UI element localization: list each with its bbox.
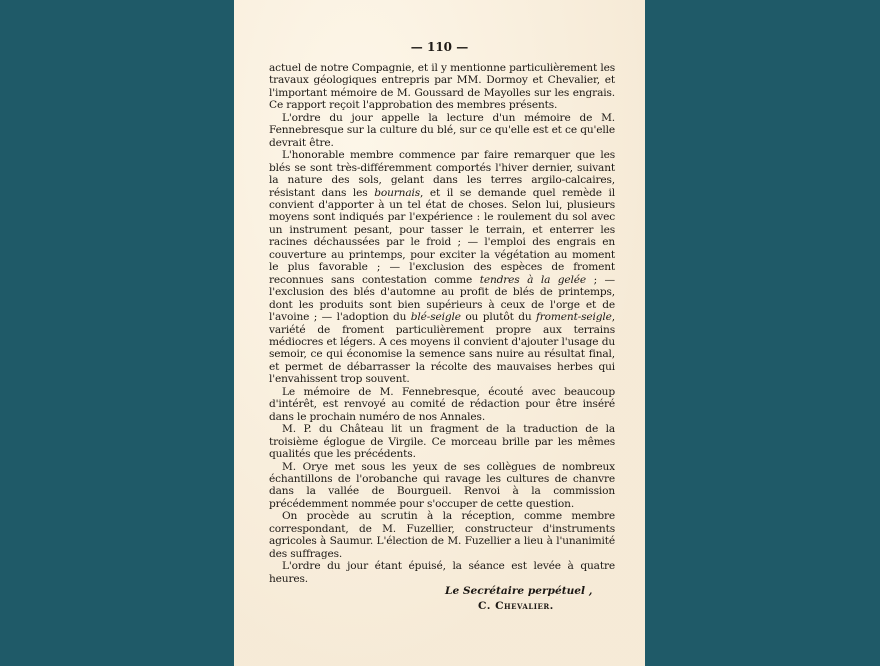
paragraph: actuel de notre Compagnie, et il y menti… [269, 62, 615, 112]
paragraph: Le mémoire de M. Fennebresque, écouté av… [269, 386, 615, 423]
signature-name: C. Chevalier. [478, 600, 554, 612]
italic-term: froment-seigle [536, 311, 612, 323]
signature-title: Le Secrétaire perpétuel , [445, 585, 592, 597]
paragraph: L'ordre du jour étant épuisé, la séance … [269, 560, 615, 585]
paragraph: M. P. du Château lit un fragment de la t… [269, 423, 615, 460]
italic-term: blé-seigle [411, 311, 461, 323]
italic-term: bournais [374, 187, 420, 199]
paragraph: L'honorable membre commence par faire re… [269, 149, 615, 386]
paragraph: L'ordre du jour appelle la lecture d'un … [269, 112, 615, 149]
paragraph: On procède au scrutin à la réception, co… [269, 510, 615, 560]
page-number: — 110 — [234, 40, 645, 54]
body-text: actuel de notre Compagnie, et il y menti… [269, 62, 615, 585]
paragraph: M. Orye met sous les yeux de ses collègu… [269, 461, 615, 511]
italic-term: tendres à la gelée [480, 274, 586, 286]
document-page: — 110 — actuel de notre Compagnie, et il… [234, 0, 645, 666]
